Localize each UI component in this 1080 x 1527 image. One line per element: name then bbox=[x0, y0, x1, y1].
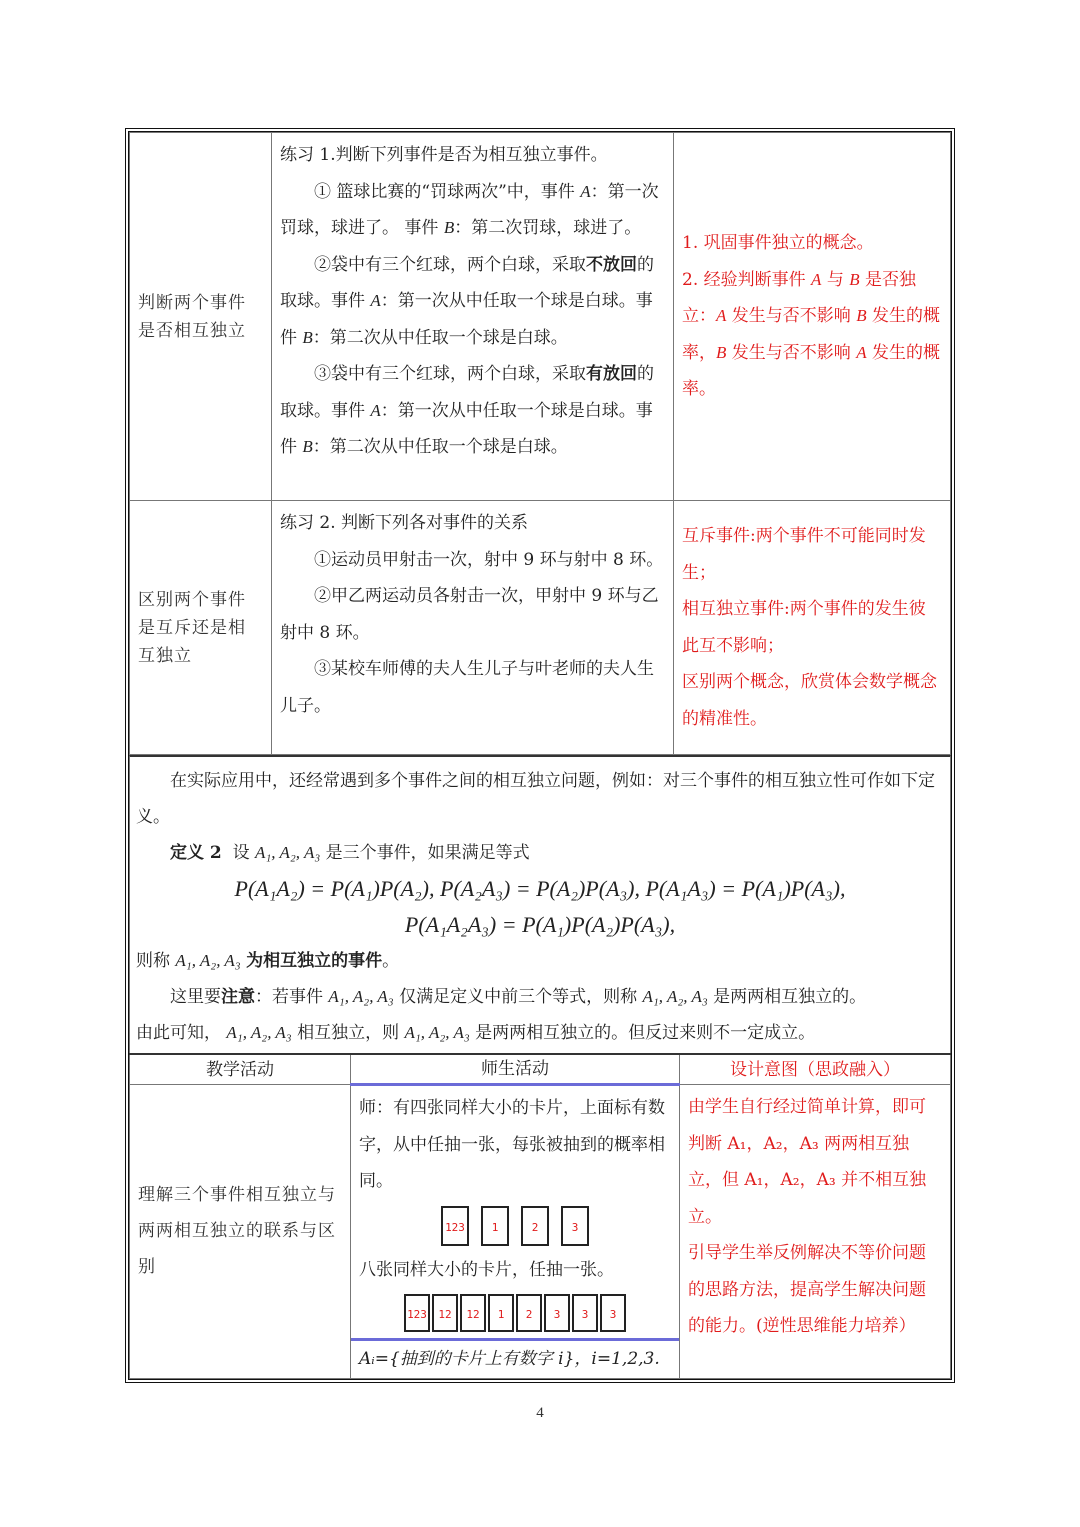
teacher-student-cell: 师：有四张同样大小的卡片，上面标有数字，从中任抽一张，每张被抽到的概率相同。 1… bbox=[351, 1085, 680, 1379]
card: 1 bbox=[488, 1294, 514, 1332]
card: 2 bbox=[516, 1294, 542, 1332]
card: 2 bbox=[521, 1206, 549, 1246]
header-design-intent: 设计意图（思政融入） bbox=[680, 1054, 951, 1085]
intent-line-2: 相互独立事件:两个事件的发生彼此互不影响； bbox=[682, 591, 942, 664]
intro-paragraph: 在实际应用中，还经常遇到多个事件之间的相互独立问题，例如：对三个事件的相互独立性… bbox=[136, 763, 944, 835]
header-activity: 教学活动 bbox=[130, 1054, 351, 1085]
exercise-cell: 练习 1.判断下列事件是否为相互独立事件。 ① 篮球比赛的“罚球两次”中，事件 … bbox=[272, 133, 674, 501]
card: 123 bbox=[404, 1294, 430, 1332]
definition-section: 在实际应用中，还经常遇到多个事件之间的相互独立问题，例如：对三个事件的相互独立性… bbox=[129, 755, 951, 1053]
definition-2: 定义 2 设 A₁, A₂, A₃ 是三个事件，如果满足等式 bbox=[136, 835, 944, 871]
card: 3 bbox=[600, 1294, 626, 1332]
exercise-item-2: ②甲乙两运动员各射击一次，甲射中 9 环与乙射中 8 环。 bbox=[280, 578, 665, 651]
formula-line-2: P(A₁A₂A₃) = P(A₁)P(A₂)P(A₃), bbox=[136, 907, 944, 943]
table-row: 区别两个事件是互斥还是相互独立 练习 2. 判断下列各对事件的关系 ①运动员甲射… bbox=[130, 501, 951, 755]
exercise-item-3: ③袋中有三个红球，两个白球，采取有放回的取球。事件 A：第一次从中任取一个球是白… bbox=[280, 356, 665, 466]
activity-cell: 判断两个事件是否相互独立 bbox=[130, 133, 272, 501]
note-paragraph-2: 由此可知， A₁, A₂, A₃ 相互独立，则 A₁, A₂, A₃ 是两两相互… bbox=[136, 1015, 944, 1051]
card: 3 bbox=[544, 1294, 570, 1332]
eight-cards: 123121212333 bbox=[351, 1288, 679, 1341]
activity-cell: 理解三个事件相互独立与两两相互独立的联系与区别 bbox=[130, 1085, 351, 1379]
card: 12 bbox=[432, 1294, 458, 1332]
exercise-item-1: ① 篮球比赛的“罚球两次”中，事件 A：第一次罚球，球进了。 事件 B：第二次罚… bbox=[280, 174, 665, 247]
card: 12 bbox=[460, 1294, 486, 1332]
lesson-plan-page: 判断两个事件是否相互独立 练习 1.判断下列事件是否为相互独立事件。 ① 篮球比… bbox=[125, 128, 955, 1383]
event-definition: Aᵢ={抽到的卡片上有数字 i}，i=1,2,3. bbox=[359, 1341, 671, 1378]
teacher-prompt: 师：有四张同样大小的卡片，上面标有数字，从中任抽一张，每张被抽到的概率相同。 bbox=[359, 1090, 671, 1200]
page-number: 4 bbox=[0, 1405, 1080, 1422]
eight-card-prompt: 八张同样大小的卡片，任抽一张。 bbox=[359, 1252, 671, 1289]
outer-frame: 判断两个事件是否相互独立 练习 1.判断下列事件是否为相互独立事件。 ① 篮球比… bbox=[125, 128, 955, 1383]
formula-line-1: P(A₁A₂) = P(A₁)P(A₂), P(A₂A₃) = P(A₂)P(A… bbox=[136, 871, 944, 907]
intent-line-3: 区别两个概念，欣赏体会数学概念的精准性。 bbox=[682, 664, 942, 737]
definition-conclusion: 则称 A₁, A₂, A₃ 为相互独立的事件。 bbox=[136, 943, 944, 979]
table-header-row: 教学活动 师生活动 设计意图（思政融入） bbox=[130, 1054, 951, 1085]
intent-cell: 1. 巩固事件独立的概念。 2. 经验判断事件 A 与 B 是否独立：A 发生与… bbox=[674, 133, 951, 501]
intent-cell: 由学生自行经过简单计算，即可判断 A₁，A₂，A₃ 两两相互独立，但 A₁，A₂… bbox=[680, 1085, 951, 1379]
exercise-title: 练习 2. 判断下列各对事件的关系 bbox=[280, 505, 665, 542]
intent-text-1: 由学生自行经过简单计算，即可判断 A₁，A₂，A₃ 两两相互独立，但 A₁，A₂… bbox=[688, 1089, 942, 1235]
exercise-item-1: ①运动员甲射击一次，射中 9 环与射中 8 环。 bbox=[280, 542, 665, 579]
intent-text-2: 引导学生举反例解决不等价问题的思路方法，提高学生解决问题的能力。(逆性思维能力培… bbox=[688, 1235, 942, 1345]
exercise-item-2: ②袋中有三个红球，两个白球，采取不放回的取球。事件 A：第一次从中任取一个球是白… bbox=[280, 247, 665, 357]
card: 1 bbox=[481, 1206, 509, 1246]
intent-line-1: 1. 巩固事件独立的概念。 bbox=[682, 225, 942, 262]
intent-line-2: 2. 经验判断事件 A 与 B 是否独立：A 发生与否不影响 B 发生的概率，B… bbox=[682, 262, 942, 408]
table-row: 理解三个事件相互独立与两两相互独立的联系与区别 师：有四张同样大小的卡片，上面标… bbox=[130, 1085, 951, 1379]
exercise-table: 判断两个事件是否相互独立 练习 1.判断下列事件是否为相互独立事件。 ① 篮球比… bbox=[129, 132, 951, 755]
card: 3 bbox=[572, 1294, 598, 1332]
exercise-item-3: ③某校车师傅的夫人生儿子与叶老师的夫人生儿子。 bbox=[280, 651, 665, 724]
definition-label: 定义 2 bbox=[170, 843, 222, 863]
four-cards: 123123 bbox=[359, 1200, 671, 1252]
activity-table: 教学活动 师生活动 设计意图（思政融入） 理解三个事件相互独立与两两相互独立的联… bbox=[129, 1053, 951, 1379]
note-paragraph: 这里要注意：若事件 A₁, A₂, A₃ 仅满足定义中前三个等式，则称 A₁, … bbox=[136, 979, 944, 1015]
card: 3 bbox=[561, 1206, 589, 1246]
intent-line-1: 互斥事件:两个事件不可能同时发生； bbox=[682, 518, 942, 591]
header-teacher-student: 师生活动 bbox=[351, 1054, 680, 1085]
table-row: 判断两个事件是否相互独立 练习 1.判断下列事件是否为相互独立事件。 ① 篮球比… bbox=[130, 133, 951, 501]
card: 123 bbox=[441, 1206, 469, 1246]
exercise-cell: 练习 2. 判断下列各对事件的关系 ①运动员甲射击一次，射中 9 环与射中 8 … bbox=[272, 501, 674, 755]
exercise-title: 练习 1.判断下列事件是否为相互独立事件。 bbox=[280, 137, 665, 174]
intent-cell: 互斥事件:两个事件不可能同时发生； 相互独立事件:两个事件的发生彼此互不影响； … bbox=[674, 501, 951, 755]
activity-cell: 区别两个事件是互斥还是相互独立 bbox=[130, 501, 272, 755]
